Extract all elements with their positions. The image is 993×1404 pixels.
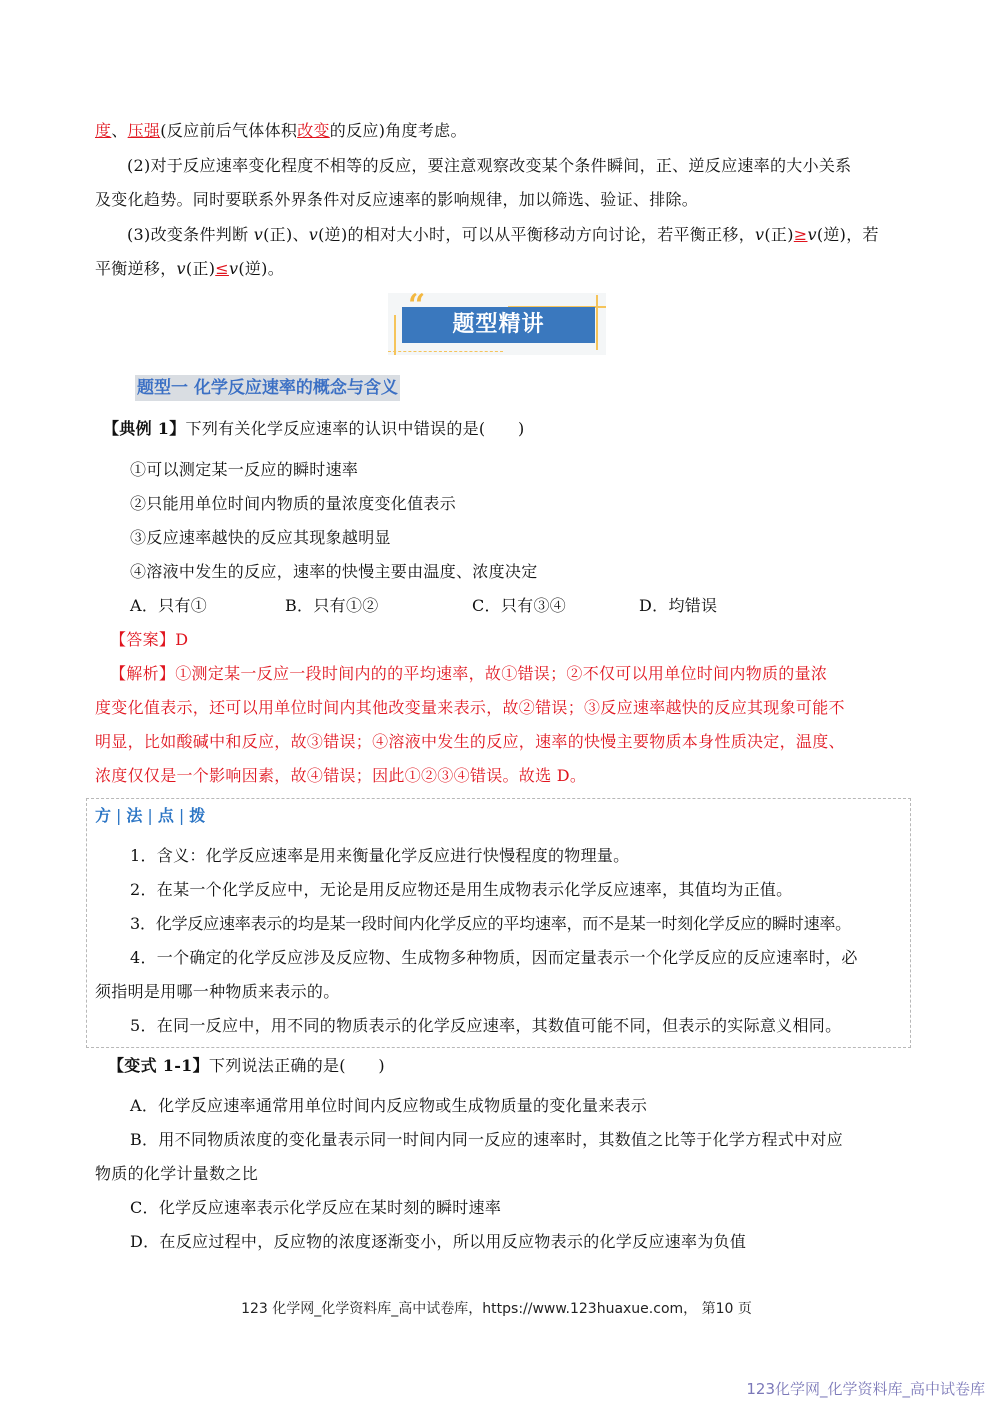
keyword-temperature: 度 bbox=[95, 121, 111, 140]
option-text: 均错误 bbox=[668, 596, 717, 615]
text: (逆)的相对大小时，可以从平衡移动方向讨论，若平衡正移， bbox=[318, 225, 755, 244]
option-letter: A． bbox=[130, 596, 158, 615]
option-letter: D． bbox=[639, 596, 668, 615]
analysis-line-1: 【解析】①测定某一反应一段时间内的的平均速率，故①错误；②不仅可以用单位时间内物… bbox=[110, 663, 827, 685]
example-1-options: A．只有①B．只有①②C．只有③④D．均错误 bbox=[130, 595, 717, 617]
text: (正)、 bbox=[263, 225, 309, 244]
intro-line-1: 度、压强(反应前后气体体积改变的反应)角度考虑。 bbox=[95, 120, 467, 142]
velocity-symbol: v bbox=[309, 225, 318, 244]
method-item-4-cont: 须指明是用哪一种物质来表示的。 bbox=[95, 981, 340, 1003]
velocity-symbol: v bbox=[755, 225, 764, 244]
question-text: 下列说法正确的是( ) bbox=[209, 1056, 385, 1075]
title-char: 方 bbox=[95, 806, 111, 825]
option-letter: B． bbox=[285, 596, 313, 615]
example-1-question: 【典例 1】下列有关化学反应速率的认识中错误的是( ) bbox=[103, 418, 525, 440]
section-heading: 题型一 化学反应速率的概念与含义 bbox=[135, 375, 400, 401]
intro-para-3-line-1: (3)改变条件判断 v(正)、v(逆)的相对大小时，可以从平衡移动方向讨论，若平… bbox=[127, 224, 879, 246]
velocity-symbol: v bbox=[807, 225, 816, 244]
keyword-change: 改变 bbox=[297, 121, 330, 140]
greater-equal-sign: ≥ bbox=[794, 225, 808, 244]
variant-option-a: A．化学反应速率通常用单位时间内反应物或生成物质量的变化量来表示 bbox=[130, 1095, 647, 1117]
option-text: 只有③④ bbox=[501, 596, 566, 615]
statement-3: ③反应速率越快的反应其现象越明显 bbox=[130, 527, 391, 549]
method-item-1: 1．含义：化学反应速率是用来衡量化学反应进行快慢程度的物理量。 bbox=[130, 845, 629, 867]
title-char: 点 bbox=[158, 806, 174, 825]
statement-2: ②只能用单位时间内物质的量浓度变化值表示 bbox=[130, 493, 456, 515]
title-char: 法 bbox=[126, 806, 142, 825]
text: (逆)。 bbox=[238, 259, 284, 278]
text: (正) bbox=[764, 225, 793, 244]
option-d: D．均错误 bbox=[639, 595, 717, 617]
method-item-5: 5．在同一反应中，用不同的物质表示的化学反应速率，其数值可能不同，但表示的实际意… bbox=[130, 1015, 841, 1037]
variant-option-b-cont: 物质的化学计量数之比 bbox=[95, 1163, 258, 1185]
banner-title: 题型精讲 bbox=[402, 307, 595, 343]
watermark: 123化学网_化学资料库_高中试卷库 bbox=[746, 1378, 985, 1399]
decorative-line bbox=[394, 315, 396, 355]
text: 的反应)角度考虑。 bbox=[330, 121, 467, 140]
section-banner: 题型精讲 “ bbox=[388, 293, 606, 355]
analysis-line-3: 明显，比如酸碱中和反应，故③错误；④溶液中发生的反应，速率的快慢主要物质本身性质… bbox=[95, 731, 845, 753]
less-equal-sign: ≤ bbox=[215, 259, 229, 278]
variant-1-1-question: 【变式 1-1】下列说法正确的是( ) bbox=[108, 1055, 385, 1077]
analysis-line-4: 浓度仅仅是一个影响因素，故④错误；因此①②③④错误。故选 D。 bbox=[95, 765, 586, 787]
text: (逆)，若 bbox=[817, 225, 879, 244]
separator: | bbox=[174, 806, 189, 825]
analysis-text: ①测定某一反应一段时间内的的平均速率，故①错误；②不仅可以用单位时间内物质的量浓 bbox=[175, 664, 827, 683]
method-item-2: 2．在某一个化学反应中，无论是用反应物还是用生成物表示化学反应速率，其值均为正值… bbox=[130, 879, 792, 901]
variant-label: 【变式 1-1】 bbox=[108, 1056, 209, 1075]
variant-option-d: D．在反应过程中，反应物的浓度逐渐变小，所以用反应物表示的化学反应速率为负值 bbox=[130, 1231, 746, 1253]
page-footer: 123 化学网_化学资料库_高中试卷库，https://www.123huaxu… bbox=[0, 1298, 993, 1318]
option-letter: C． bbox=[472, 596, 501, 615]
text: (3)改变条件判断 bbox=[127, 225, 254, 244]
velocity-symbol: v bbox=[177, 259, 186, 278]
method-tips-title: 方|法|点|拨 bbox=[95, 805, 205, 827]
option-text: 只有①② bbox=[313, 596, 378, 615]
velocity-symbol: v bbox=[254, 225, 263, 244]
question-text: 下列有关化学反应速率的认识中错误的是( ) bbox=[186, 419, 525, 438]
quote-icon: “ bbox=[408, 291, 425, 321]
intro-para-3-line-2: 平衡逆移，v(正)≤v(逆)。 bbox=[95, 258, 284, 280]
example-label: 【典例 1】 bbox=[103, 419, 186, 438]
answer-value: D bbox=[175, 630, 188, 649]
separator: | bbox=[111, 806, 126, 825]
option-text: 只有① bbox=[158, 596, 207, 615]
keyword-pressure: 压强 bbox=[128, 121, 161, 140]
example-1-answer: 【答案】D bbox=[110, 629, 188, 651]
velocity-symbol: v bbox=[229, 259, 238, 278]
text: 、 bbox=[111, 121, 127, 140]
document-page: 度、压强(反应前后气体体积改变的反应)角度考虑。 (2)对于反应速率变化程度不相… bbox=[0, 0, 993, 1404]
decorative-line bbox=[388, 351, 503, 353]
analysis-line-2: 度变化值表示，还可以用单位时间内其他改变量来表示，故②错误；③反应速率越快的反应… bbox=[95, 697, 845, 719]
option-a: A．只有① bbox=[130, 595, 285, 617]
intro-para-2-line-2: 及变化趋势。同时要联系外界条件对反应速率的影响规律，加以筛选、验证、排除。 bbox=[95, 189, 698, 211]
answer-label: 【答案】 bbox=[110, 630, 175, 649]
intro-para-2-line-1: (2)对于反应速率变化程度不相等的反应，要注意观察改变某个条件瞬间，正、逆反应速… bbox=[127, 155, 851, 177]
separator: | bbox=[142, 806, 157, 825]
variant-option-b: B．用不同物质浓度的变化量表示同一时间内同一反应的速率时，其数值之比等于化学方程… bbox=[130, 1129, 843, 1151]
option-b: B．只有①② bbox=[285, 595, 472, 617]
text: (正) bbox=[186, 259, 215, 278]
option-c: C．只有③④ bbox=[472, 595, 639, 617]
decorative-line bbox=[596, 295, 598, 350]
statement-1: ①可以测定某一反应的瞬时速率 bbox=[130, 459, 358, 481]
variant-option-c: C．化学反应速率表示化学反应在某时刻的瞬时速率 bbox=[130, 1197, 501, 1219]
text: 平衡逆移， bbox=[95, 259, 177, 278]
statement-4: ④溶液中发生的反应，速率的快慢主要由温度、浓度决定 bbox=[130, 561, 538, 583]
analysis-label: 【解析】 bbox=[110, 664, 175, 683]
text: (反应前后气体体积 bbox=[160, 121, 297, 140]
method-item-3: 3．化学反应速率表示的均是某一段时间内化学反应的平均速率，而不是某一时刻化学反应… bbox=[130, 913, 851, 935]
title-char: 拨 bbox=[189, 806, 205, 825]
method-item-4: 4．一个确定的化学反应涉及反应物、生成物多种物质，因而定量表示一个化学反应的反应… bbox=[130, 947, 858, 969]
